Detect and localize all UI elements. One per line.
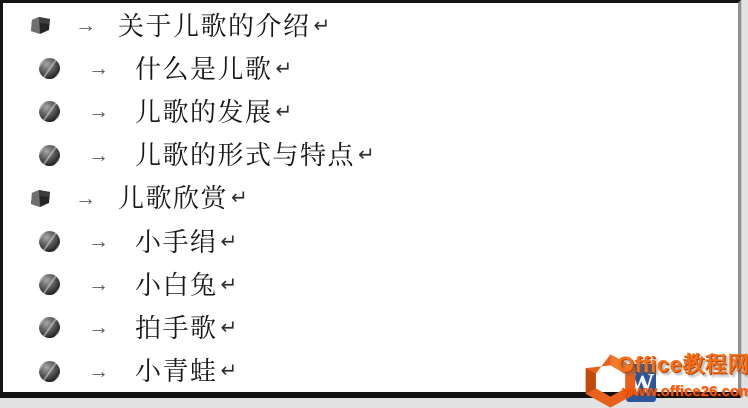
paragraph-mark-icon: ↵: [276, 102, 293, 122]
outline-row-text[interactable]: 小手绢: [135, 229, 218, 255]
paragraph-mark-icon: ↵: [221, 275, 238, 295]
outline-row[interactable]: → 什么是儿歌 ↵: [3, 47, 738, 90]
outline-row-text[interactable]: 儿歌欣赏: [118, 185, 228, 211]
outline-row-text[interactable]: 儿歌的形式与特点: [135, 142, 355, 168]
outline-row-text[interactable]: 儿歌的发展: [135, 99, 273, 125]
tab-mark-icon: →: [88, 274, 109, 295]
tab-mark-icon: →: [88, 317, 109, 338]
outline-row-text[interactable]: 拍手歌: [135, 315, 218, 341]
word-document-page[interactable]: → 关于儿歌的介绍 ↵ → 什么是儿歌 ↵ → 儿歌的发展 ↵ → 儿歌的形式与…: [0, 0, 741, 398]
watermark-site-url: www.office26.com: [622, 383, 748, 401]
site-watermark: W Office教程网 www.office26.com: [583, 352, 747, 408]
outline-row-text[interactable]: 小青蛙: [135, 358, 218, 384]
outline-row[interactable]: → 儿歌的发展 ↵: [3, 90, 738, 133]
tab-mark-icon: →: [88, 101, 109, 122]
paragraph-mark-icon: ↵: [221, 318, 238, 338]
paragraph-mark-icon: ↵: [221, 232, 238, 252]
sphere-bullet-icon[interactable]: [39, 361, 60, 382]
outline-row[interactable]: → 儿歌欣赏 ↵: [3, 177, 738, 220]
tab-mark-icon: →: [75, 188, 96, 209]
paragraph-mark-icon: ↵: [314, 16, 331, 36]
tab-mark-icon: →: [88, 231, 109, 252]
sphere-bullet-icon[interactable]: [39, 101, 60, 122]
outline-row-text[interactable]: 关于儿歌的介绍: [118, 13, 311, 39]
tab-mark-icon: →: [75, 15, 96, 36]
sphere-bullet-icon[interactable]: [39, 274, 60, 295]
paragraph-mark-icon: ↵: [221, 361, 238, 381]
paragraph-mark-icon: ↵: [231, 188, 248, 208]
outline-row[interactable]: → 关于儿歌的介绍 ↵: [3, 4, 738, 47]
sphere-bullet-icon[interactable]: [39, 145, 60, 166]
tab-mark-icon: →: [88, 361, 109, 382]
outline-row[interactable]: → 儿歌的形式与特点 ↵: [3, 134, 738, 177]
outline-row-text[interactable]: 什么是儿歌: [135, 56, 273, 82]
screenshot-stage: → 关于儿歌的介绍 ↵ → 什么是儿歌 ↵ → 儿歌的发展 ↵ → 儿歌的形式与…: [0, 0, 748, 408]
watermark-text-block: Office教程网 www.office26.com: [617, 352, 748, 401]
tab-mark-icon: →: [88, 58, 109, 79]
sphere-bullet-icon[interactable]: [39, 317, 60, 338]
square-bullet-icon[interactable]: [30, 189, 51, 208]
square-bullet-icon[interactable]: [30, 16, 51, 35]
outline-row[interactable]: → 小白兔 ↵: [3, 263, 738, 306]
outline-row[interactable]: → 拍手歌 ↵: [3, 306, 738, 349]
paragraph-mark-icon: ↵: [276, 59, 293, 79]
outline-row[interactable]: → 小手绢 ↵: [3, 220, 738, 263]
paragraph-mark-icon: ↵: [358, 145, 375, 165]
watermark-site-name: Office教程网: [617, 352, 748, 378]
sphere-bullet-icon[interactable]: [39, 58, 60, 79]
tab-mark-icon: →: [88, 145, 109, 166]
sphere-bullet-icon[interactable]: [39, 231, 60, 252]
outline-row-text[interactable]: 小白兔: [135, 272, 218, 298]
